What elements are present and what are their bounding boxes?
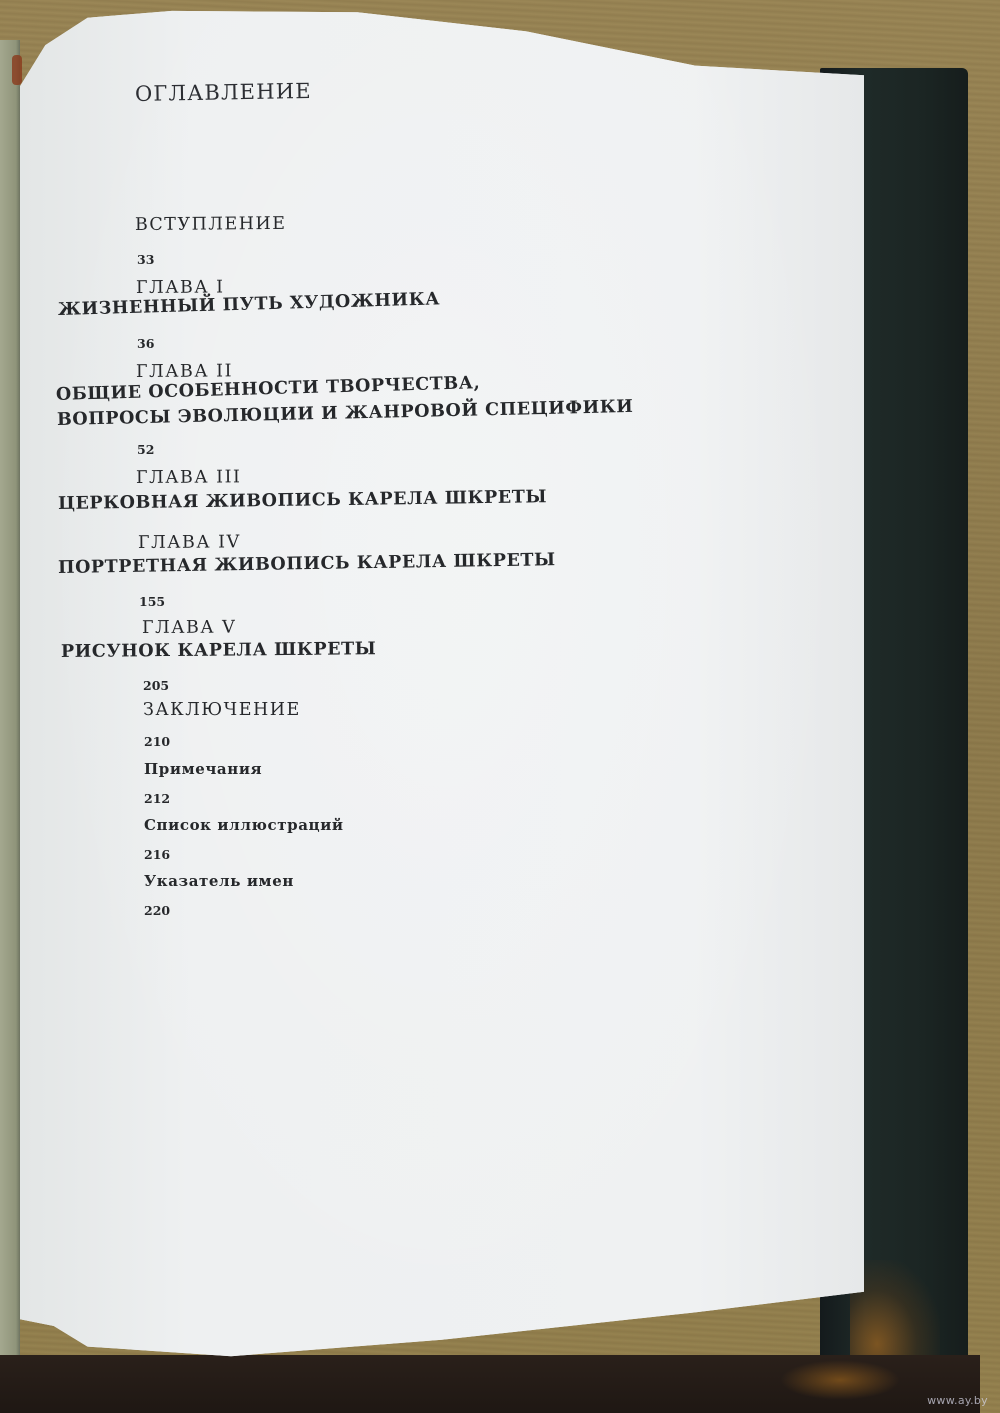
toc-page-number: 205 bbox=[143, 678, 169, 693]
toc-page-number: 220 bbox=[144, 903, 170, 918]
toc-entry-conclusion: ЗАКЛЮЧЕНИЕ bbox=[143, 700, 301, 720]
toc-page-number: 210 bbox=[144, 734, 170, 749]
toc-chapter-label: ГЛАВА II bbox=[136, 361, 233, 382]
previous-page-edge bbox=[0, 40, 20, 1370]
toc-page-number: 216 bbox=[144, 847, 170, 862]
toc-heading: ОГЛАВЛЕНИЕ bbox=[135, 79, 312, 106]
toc-page-number: 33 bbox=[137, 252, 154, 267]
toc-page-number: 52 bbox=[137, 442, 154, 457]
toc-chapter-label: ГЛАВА III bbox=[136, 467, 241, 488]
page-edge-mark bbox=[12, 55, 22, 85]
toc-chapter-label: ГЛАВА V bbox=[142, 618, 236, 638]
toc-page-number: 155 bbox=[139, 594, 165, 609]
toc-chapter-label: ГЛАВА IV bbox=[138, 532, 241, 553]
toc-entry-introduction: ВСТУПЛЕНИЕ bbox=[135, 214, 287, 235]
bottom-reflection bbox=[780, 1360, 900, 1400]
toc-page-number: 36 bbox=[137, 336, 154, 351]
watermark: www.ay.by bbox=[927, 1394, 988, 1407]
toc-entry-name-index: Указатель имен bbox=[144, 872, 294, 890]
toc-entry-notes: Примечания bbox=[144, 760, 262, 778]
toc-page-number: 212 bbox=[144, 791, 170, 806]
toc-chapter-title: РИСУНОК КАРЕЛА ШКРЕТЫ bbox=[61, 639, 377, 662]
toc-entry-illustrations: Список иллюстраций bbox=[144, 816, 344, 834]
